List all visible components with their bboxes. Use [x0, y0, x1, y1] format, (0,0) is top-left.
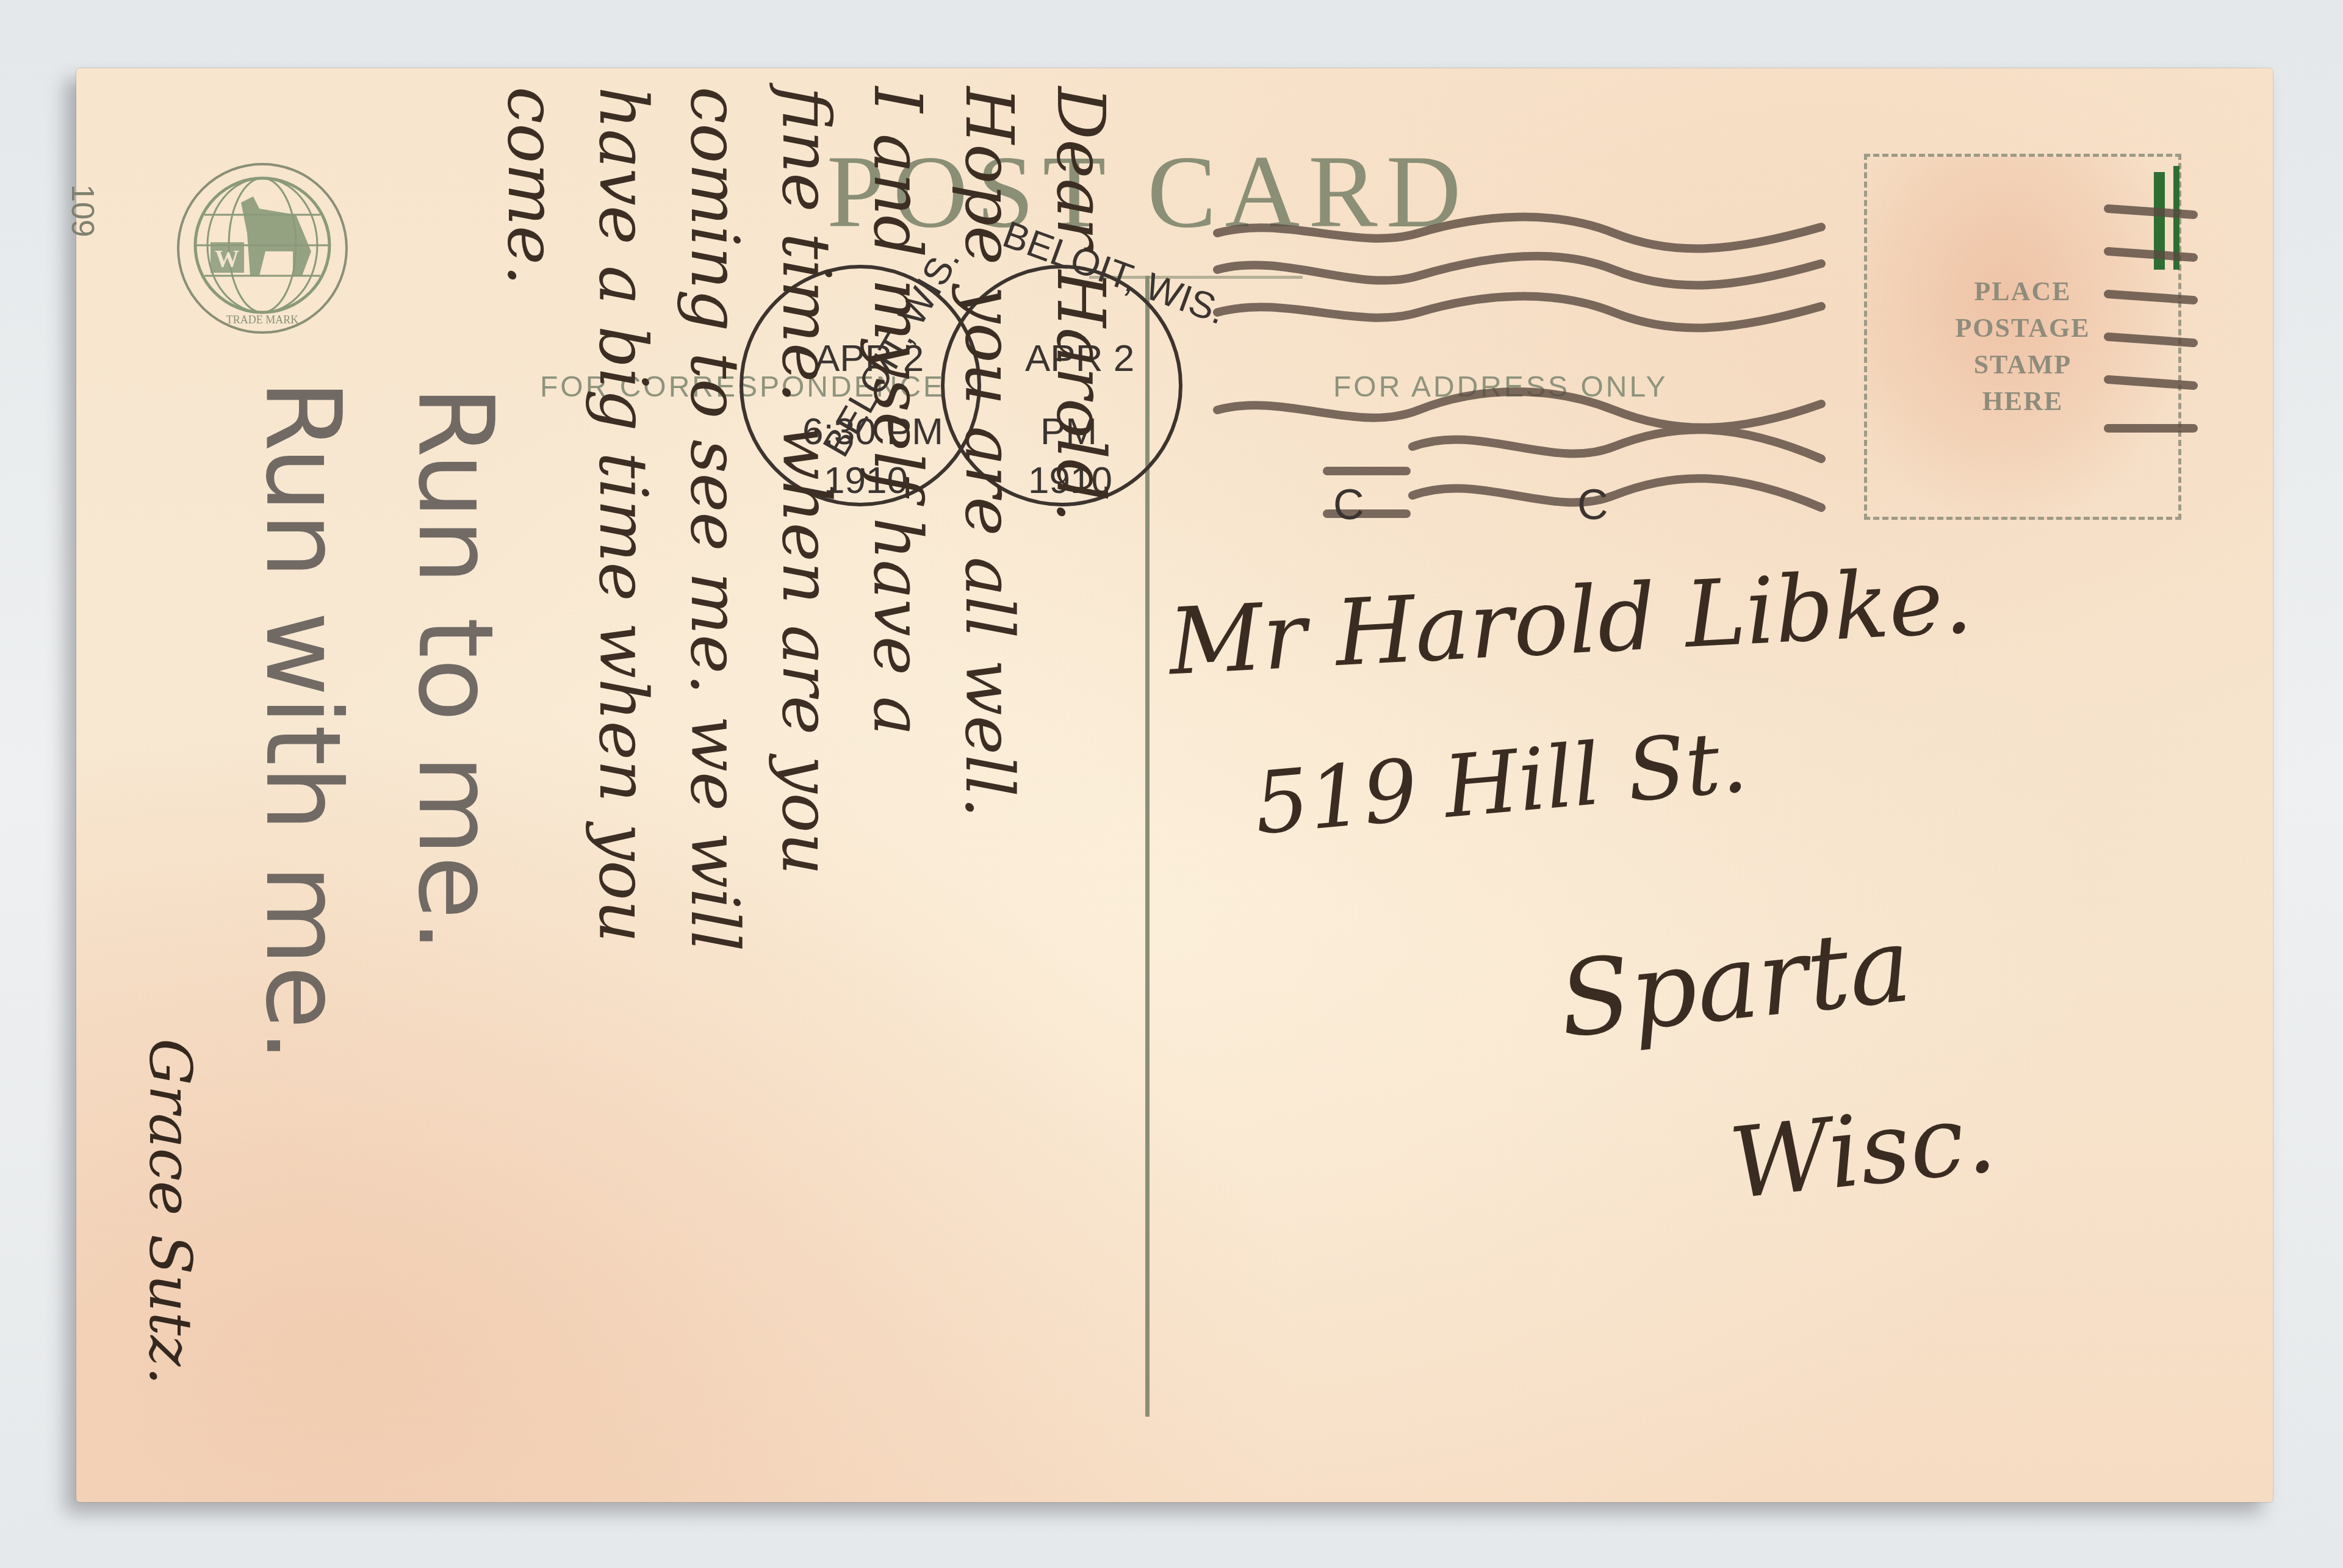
message-line: coming to see me. we will [668, 87, 760, 1368]
stamp-remnant-edge [2173, 166, 2179, 270]
postcard-back: POST CARD FOR CORRESPONDENCE FOR ADDRESS… [76, 68, 2273, 1502]
message-line: have a big time when you [577, 87, 668, 1368]
message-line: fine time. when are you [760, 87, 851, 1368]
address-city: Sparta [1553, 904, 1917, 1061]
pencil-note-2: Run with me. [242, 379, 363, 1062]
signature: Grace Sutz. [136, 1038, 204, 1385]
pencil-note-1: Run to me. [395, 386, 516, 952]
message-line: I and myself have a [851, 87, 943, 1368]
address-state: Wisc. [1724, 1080, 2001, 1221]
stamp-remnant [2154, 172, 2165, 270]
cancel-mark-c2: C [1577, 480, 1608, 529]
address-street: 519 Hill St. [1250, 712, 1751, 854]
handwritten-message: Dear Harold. Hope you are all well. I an… [485, 87, 1126, 1368]
stamp-line-2: POSTAGE [1867, 312, 2178, 343]
stamp-line-1: PLACE [1867, 276, 2178, 307]
stamp-line-3: STAMP [1867, 349, 2178, 380]
stamp-line-4: HERE [1867, 386, 2178, 417]
svg-text:W: W [215, 245, 239, 272]
publisher-number: 109 [64, 184, 101, 237]
address-label: FOR ADDRESS ONLY [1333, 370, 1668, 404]
address-name: Mr Harold Libke. [1166, 548, 1974, 696]
svg-text:TRADE MARK: TRADE MARK [226, 314, 299, 326]
message-line: Dear Harold. [1034, 87, 1126, 1368]
message-line: Hope you are all well. [943, 87, 1034, 1368]
stamp-box: PLACE POSTAGE STAMP HERE [1864, 154, 2181, 520]
globe-wolf-trademark-icon: W TRADE MARK [174, 160, 351, 337]
center-divider [1145, 276, 1150, 1417]
cancel-mark-c1: C [1333, 480, 1364, 529]
